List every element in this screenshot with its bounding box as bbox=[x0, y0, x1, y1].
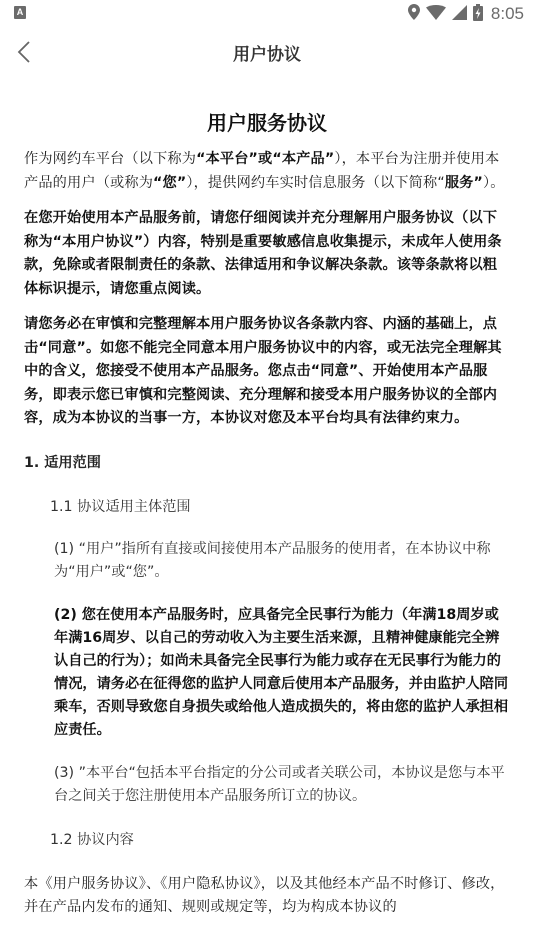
app-header: 用户协议 bbox=[0, 28, 534, 76]
agreement-content[interactable]: 用户服务协议 作为网约车平台（以下称为“本平台”或“本产品”），本平台为注册并使… bbox=[0, 76, 534, 920]
status-bar: A 8:05 bbox=[0, 0, 534, 28]
subsection-heading: 1.1 协议适用主体范围 bbox=[24, 496, 510, 518]
cell-signal-icon bbox=[452, 5, 467, 24]
intro-bold-term: “本平台”或“本产品” bbox=[196, 151, 334, 167]
status-icons: 8:05 bbox=[408, 3, 524, 25]
battery-charging-icon bbox=[473, 4, 483, 25]
subsection-heading: 1.2 协议内容 bbox=[24, 829, 510, 851]
section-heading: 1. 适用范围 bbox=[24, 452, 510, 474]
wifi-icon bbox=[426, 5, 446, 24]
intro-text: 作为网约车平台（以下称为 bbox=[24, 151, 196, 167]
notice-paragraph-2: 请您务必在审慎和完整理解本用户服务协议各条款内容、内涵的基础上，点击“同意”。如… bbox=[24, 313, 510, 431]
intro-bold-term: 服务” bbox=[445, 175, 483, 191]
location-icon bbox=[408, 4, 420, 24]
clause-1: (1) “用户”指所有直接或间接使用本产品服务的使用者，在本协议中称为“用户”或… bbox=[24, 538, 510, 584]
app-notification-icon: A bbox=[14, 6, 26, 19]
intro-paragraph: 作为网约车平台（以下称为“本平台”或“本产品”），本平台为注册并使用本产品的用户… bbox=[24, 148, 510, 195]
intro-text: ）。 bbox=[483, 175, 505, 191]
clause-2: (2) 您在使用本产品服务时，应具备完全民事行为能力（年满18周岁或年满16周岁… bbox=[24, 604, 510, 742]
clause-3: (3) ”本平台“包括本平台指定的分公司或者关联公司，本协议是您与本平台之间关于… bbox=[24, 762, 510, 808]
intro-bold-term: “您” bbox=[153, 175, 186, 191]
clock: 8:05 bbox=[491, 4, 524, 24]
document-title: 用户服务协议 bbox=[24, 110, 510, 136]
intro-text: ），提供网约车实时信息服务（以下简称“ bbox=[186, 175, 444, 191]
subsection-body: 本《用户服务协议》、《用户隐私协议》，以及其他经本产品不时修订、修改，并在产品内… bbox=[24, 873, 510, 920]
page-title: 用户协议 bbox=[0, 40, 534, 65]
notice-paragraph-1: 在您开始使用本产品服务前，请您仔细阅读并充分理解用户服务协议（以下称为“本用户协… bbox=[24, 207, 510, 301]
